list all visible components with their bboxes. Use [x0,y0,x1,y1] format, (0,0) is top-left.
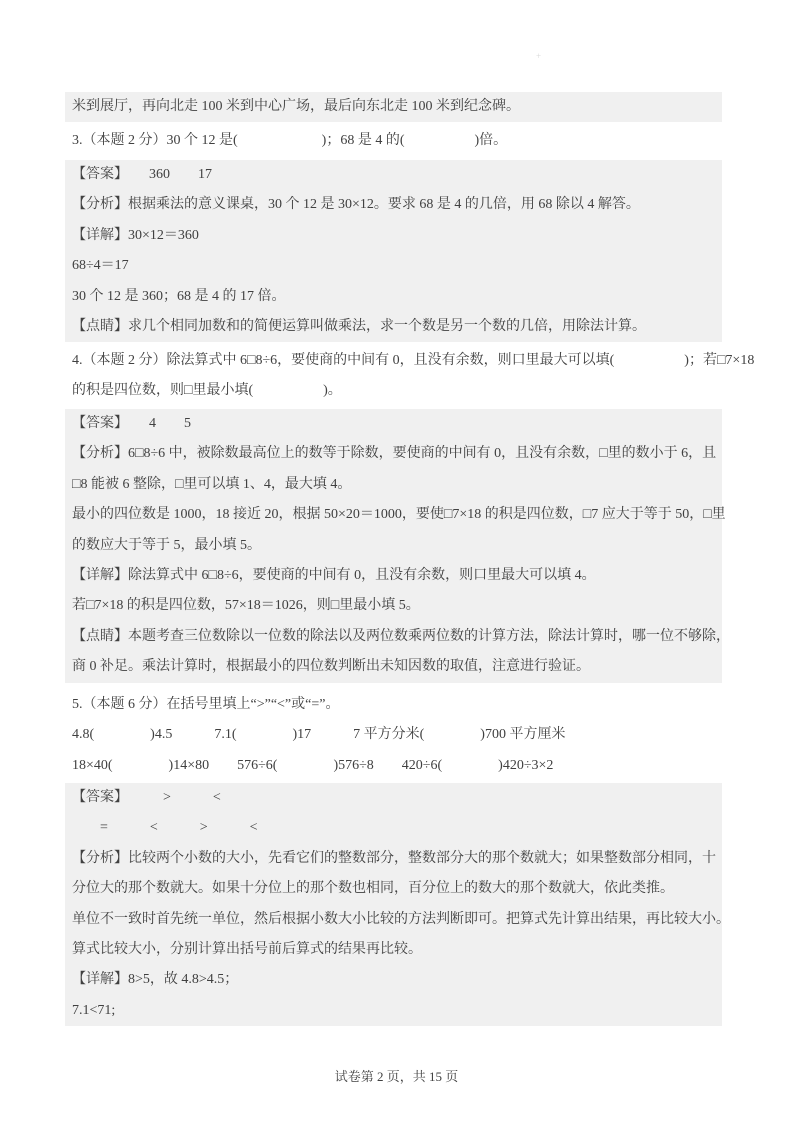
exam-paper-page: + 米到展厅，再向北走 100 米到中心广场，最后向东北走 100 米到纪念碑。… [0,0,793,1122]
question-5-expressions-row: 18×40( )14×80 576÷6( )576÷8 420÷6( )420÷… [72,751,737,781]
analysis-line: 算式比较大小，分别计算出括号前后算式的结果再比较。 [72,935,722,965]
question-3-solution-band: 【答案】 360 17 【分析】根据乘法的意义课桌，30 个 12 是 30×1… [65,160,722,342]
question-5-solution-band: 【答案】 > < = < > < 【分析】比较两个小数的大小，先看它们的整数部分… [65,783,722,1026]
question-3-text: 3.（本题 2 分）30 个 12 是( )；68 是 4 的( )倍。 [72,126,737,156]
answer-line: 【答案】 4 5 [72,409,722,439]
question-5-expressions-row: 4.8( )4.5 7.1( )17 7 平方分米( )700 平方厘米 [72,720,737,750]
question-4-solution-band: 【答案】 4 5 【分析】6□8÷6 中，被除数最高位上的数等于除数，要使商的中… [65,409,722,683]
question-4-text: 4.（本题 2 分）除法算式中 6□8÷6，要使商的中间有 0，且没有余数，则口… [72,346,737,376]
analysis-line: 单位不一致时首先统一单位，然后根据小数大小比较的方法判断即可。把算式先计算出结果… [72,905,722,935]
detail-line: 【详解】30×12＝360 [72,221,722,251]
remark-line: 【点睛】求几个相同加数和的简便运算叫做乘法，求一个数是另一个数的几倍，用除法计算… [72,312,722,342]
question-4: 4.（本题 2 分）除法算式中 6□8÷6，要使商的中间有 0，且没有余数，则口… [72,346,737,407]
question-5-text: 5.（本题 6 分）在括号里填上“>”“<”或“=”。 [72,690,737,720]
question-4-text: 的积是四位数，则□里最小填( )。 [72,376,737,406]
analysis-line: 【分析】根据乘法的意义课桌，30 个 12 是 30×12。要求 68 是 4 … [72,190,722,220]
analysis-line: 最小的四位数是 1000，18 接近 20，根据 50×20＝1000，要使□7… [72,500,722,530]
detail-line: 【详解】8>5，故 4.8>4.5； [72,965,722,995]
analysis-line: 【分析】6□8÷6 中，被除数最高位上的数等于除数，要使商的中间有 0，且没有余… [72,439,722,469]
question-5: 5.（本题 6 分）在括号里填上“>”“<”或“=”。 4.8( )4.5 7.… [72,690,737,781]
detail-line: 【详解】除法算式中 6□8÷6，要使商的中间有 0，且没有余数，则口里最大可以填… [72,561,722,591]
question-3: 3.（本题 2 分）30 个 12 是( )；68 是 4 的( )倍。 [72,126,737,156]
detail-line: 7.1<71; [72,996,722,1026]
detail-line: 若□7×18 的积是四位数，57×18＝1026，则□里最小填 5。 [72,591,722,621]
answer-line: 【答案】 > < [72,783,722,813]
page-footer: 试卷第 2 页，共 15 页 [0,1066,793,1088]
stray-mark: + [536,52,541,61]
analysis-line: 分位大的那个数就大。如果十分位上的那个数也相同，百分位上的数大的那个数就大，依此… [72,874,722,904]
analysis-line: 【分析】比较两个小数的大小，先看它们的整数部分，整数部分大的那个数就大；如果整数… [72,844,722,874]
text-line: 米到展厅，再向北走 100 米到中心广场，最后向东北走 100 米到纪念碑。 [72,92,722,122]
remark-line: 【点睛】本题考查三位数除以一位数的除法以及两位数乘两位数的计算方法，除法计算时，… [72,622,722,652]
detail-line: 68÷4＝17 [72,251,722,281]
detail-line: 30 个 12 是 360；68 是 4 的 17 倍。 [72,282,722,312]
remark-line: 商 0 补足。乘法计算时，根据最小的四位数判断出未知因数的取值，注意进行验证。 [72,652,722,682]
analysis-line: □8 能被 6 整除，□里可以填 1、4，最大填 4。 [72,470,722,500]
analysis-line: 的数应大于等于 5，最小填 5。 [72,531,722,561]
answer-line: 【答案】 360 17 [72,160,722,190]
answer-line: = < > < [72,813,722,843]
carryover-answer-band: 米到展厅，再向北走 100 米到中心广场，最后向东北走 100 米到纪念碑。 [65,92,722,122]
